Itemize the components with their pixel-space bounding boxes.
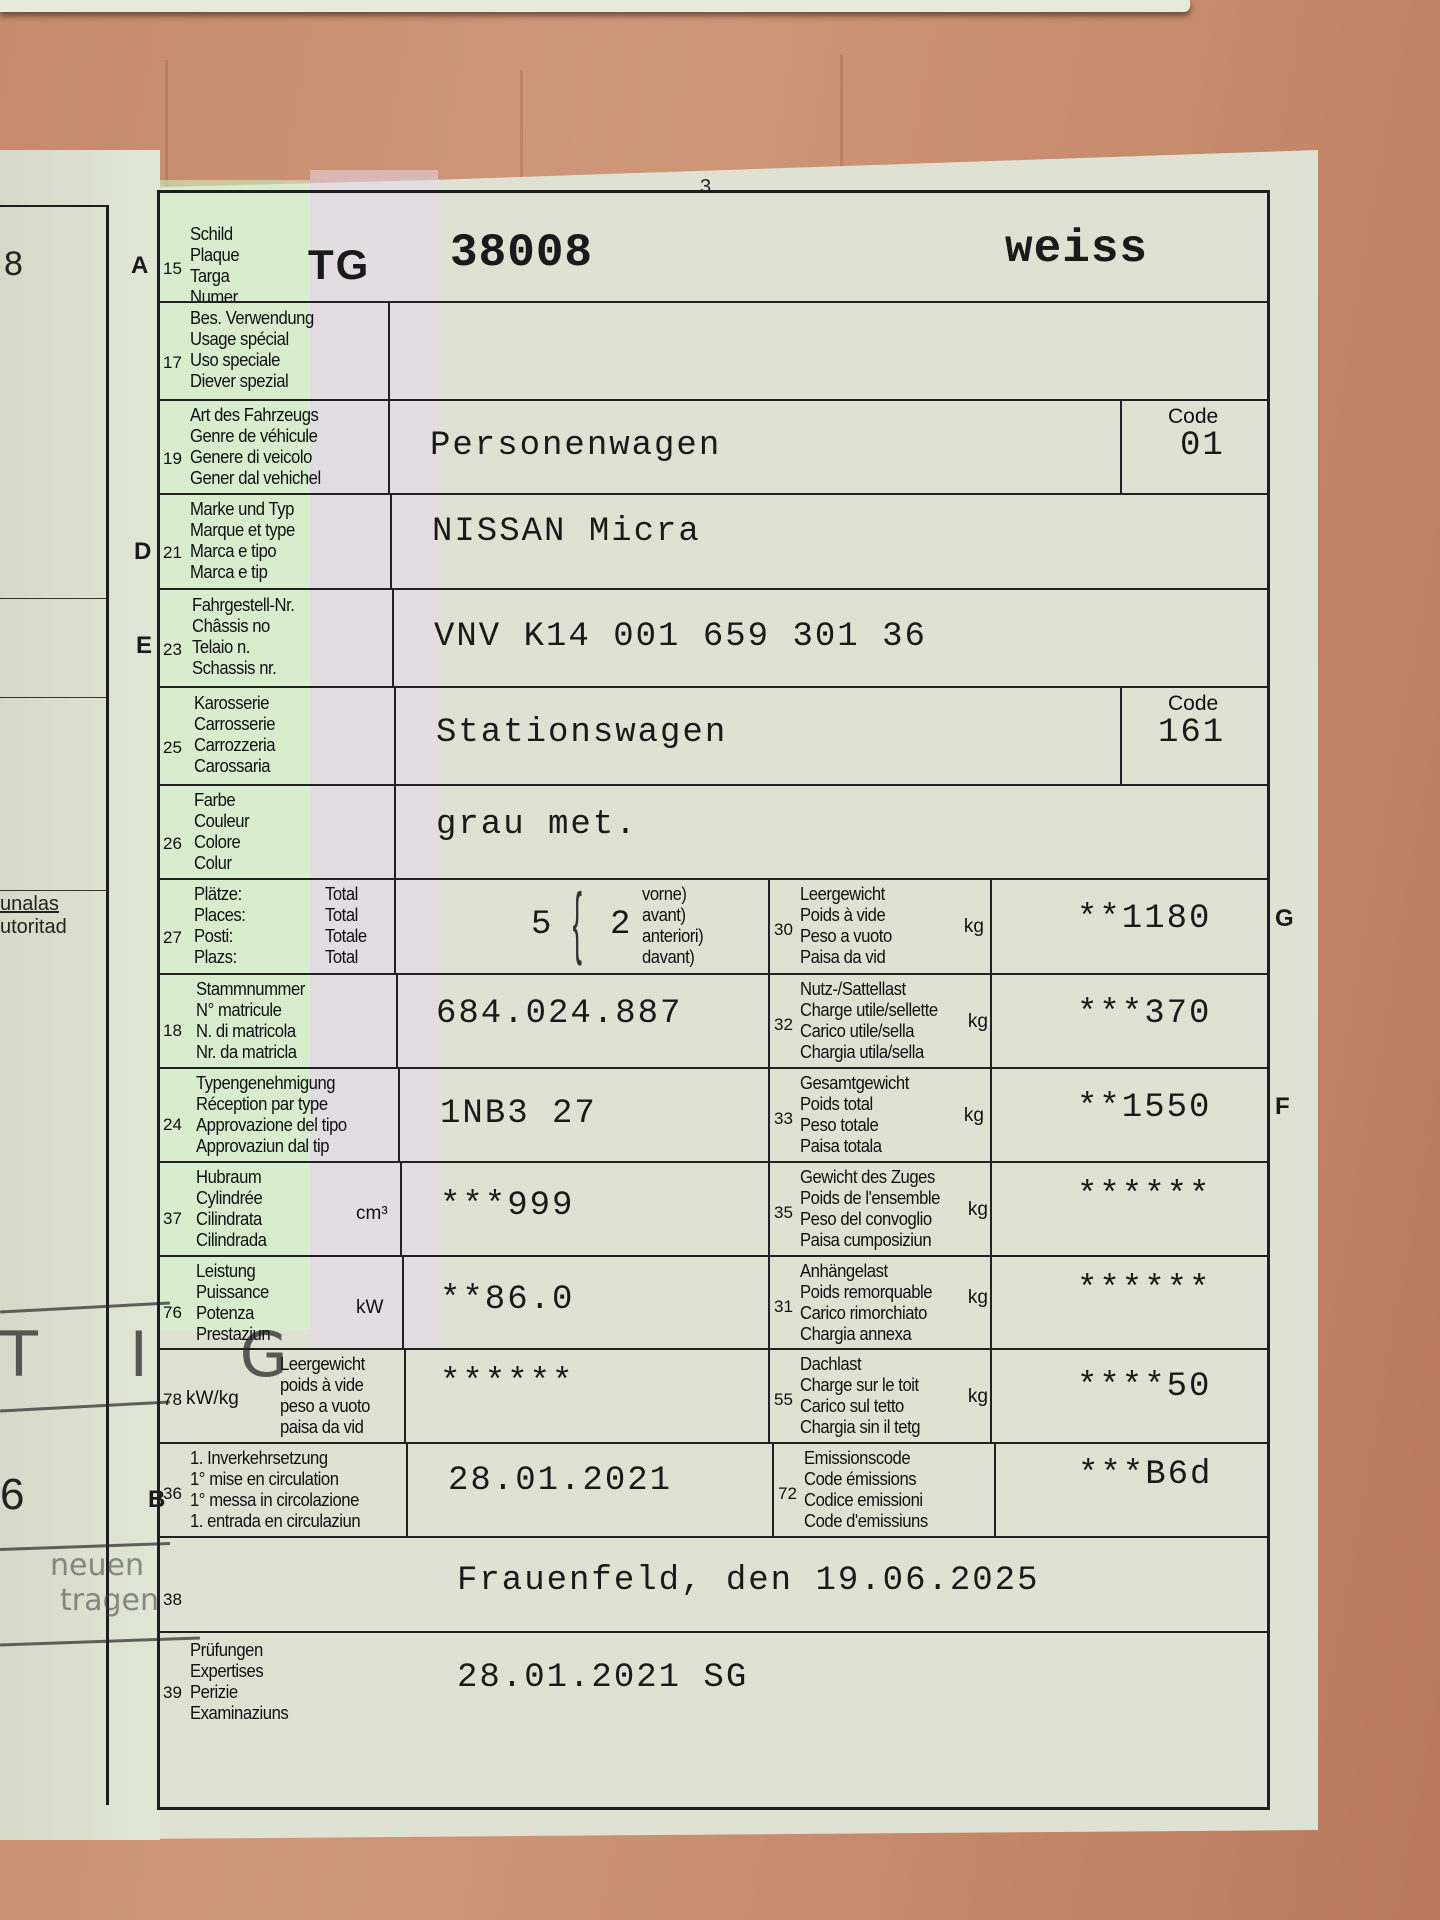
displacement-value: ***999 xyxy=(440,1187,574,1225)
unit-label: kg xyxy=(964,1105,984,1127)
train-weight-label-cell: 35 Gewicht des ZugesPoids de l'ensembleP… xyxy=(768,1163,990,1257)
field-number: 37 xyxy=(163,1209,182,1229)
field-labels: GesamtgewichtPoids totalPeso totalePaisa… xyxy=(800,1072,909,1156)
unit-label: kW/kg xyxy=(186,1388,239,1410)
value-cell: **1550 xyxy=(990,1069,1267,1163)
value-cell: NISSAN Micra xyxy=(390,495,1267,590)
make-model-value: NISSAN Micra xyxy=(432,513,701,551)
field-labels: EmissionscodeCode émissionsCodice emissi… xyxy=(804,1447,928,1531)
field-labels: Bes. VerwendungUsage spécialUso speciale… xyxy=(190,307,314,391)
side-letter-f: F xyxy=(1275,1093,1290,1121)
roof-load-value: ****50 xyxy=(1077,1368,1211,1406)
seats-front: 2 xyxy=(610,906,632,944)
field-make-model: 21 Marke und TypMarque et typeMarca e ti… xyxy=(160,493,1267,590)
field-number: 39 xyxy=(163,1683,182,1703)
vehicle-type-value: Personenwagen xyxy=(430,427,721,465)
master-number-value: 684.024.887 xyxy=(436,995,682,1033)
brace-icon: { xyxy=(573,876,582,968)
total-weight-label-cell: 33 GesamtgewichtPoids totalPeso totalePa… xyxy=(768,1069,990,1163)
payload-label-cell: 32 Nutz-/SattellastCharge utile/sellette… xyxy=(768,975,990,1069)
field-labels: Nutz-/SattellastCharge utile/selletteCar… xyxy=(800,978,938,1062)
value-cell: ***999 xyxy=(400,1163,768,1257)
field-labels: DachlastCharge sur le toitCarico sul tet… xyxy=(800,1353,920,1437)
left-page-text: unalas xyxy=(0,893,59,916)
field-seats-empty-weight: 27 Plätze:Places:Posti:Plazs: TotalTotal… xyxy=(160,878,1267,975)
emission-label-cell: 72 EmissionscodeCode émissionsCodice emi… xyxy=(772,1444,994,1538)
field-labels: FarbeCouleurColoreColur xyxy=(194,789,249,873)
field-number: 18 xyxy=(163,1021,182,1041)
side-letter-g: G xyxy=(1275,905,1294,933)
field-number: 25 xyxy=(163,738,182,758)
left-page-text: 6 xyxy=(0,1470,24,1520)
field-body: 25 KarosserieCarrosserieCarrozzeriaCaros… xyxy=(160,686,1267,786)
stamp-text: tragen xyxy=(60,1583,159,1618)
unit-label: kg xyxy=(964,916,984,938)
value-cell: ****** xyxy=(990,1163,1267,1257)
paper-edge-above xyxy=(0,0,1190,12)
left-page-divider xyxy=(0,890,106,891)
field-type-approval-total-weight: 24 TypengenehmigungRéception par typeApp… xyxy=(160,1067,1267,1163)
power-value: **86.0 xyxy=(440,1281,574,1319)
value-cell: ****** xyxy=(404,1350,768,1444)
roof-load-label-cell: 55 DachlastCharge sur le toitCarico sul … xyxy=(768,1350,990,1444)
inspections-value: 28.01.2021 SG xyxy=(457,1659,748,1697)
unit-label: kg xyxy=(968,1287,988,1309)
left-page-text: utoritad xyxy=(0,916,67,939)
chassis-value: VNV K14 001 659 301 36 xyxy=(434,618,927,656)
trailer-load-value: ****** xyxy=(1077,1271,1211,1309)
field-labels: SchildPlaqueTargaNumer xyxy=(190,223,239,307)
body-code: 161 xyxy=(1158,714,1225,752)
field-labels: Leergewichtpoids à videpeso a vuotopaisa… xyxy=(280,1353,370,1437)
vehicle-type-code: 01 xyxy=(1180,427,1225,465)
field-labels: Marke und TypMarque et typeMarca e tipoM… xyxy=(190,498,295,582)
unit-label: cm³ xyxy=(356,1203,388,1225)
value-cell: 28.01.2021 xyxy=(406,1444,772,1538)
field-number: 33 xyxy=(774,1109,793,1129)
field-labels: KarosserieCarrosserieCarrozzeriaCarossar… xyxy=(194,692,275,776)
field-number: 15 xyxy=(163,259,182,279)
power-weight-value: ****** xyxy=(440,1364,574,1402)
value-cell: **1180 xyxy=(990,880,1267,975)
field-labels: AnhängelastPoids remorquableCarico rimor… xyxy=(800,1260,932,1344)
left-page-text: 8 xyxy=(4,245,23,284)
field-place-date: 38 Frauenfeld, den 19.06.2025 xyxy=(160,1536,1267,1633)
trailer-load-label-cell: 31 AnhängelastPoids remorquableCarico ri… xyxy=(768,1257,990,1350)
field-color: 26 FarbeCouleurColoreColur grau met. xyxy=(160,784,1267,880)
field-number: 72 xyxy=(778,1484,797,1504)
field-special-use: 17 Bes. VerwendungUsage spécialUso speci… xyxy=(160,301,1267,401)
value-cell: VNV K14 001 659 301 36 xyxy=(392,590,1267,688)
emission-code-value: ***B6d xyxy=(1078,1456,1212,1494)
special-use-value xyxy=(388,303,1267,401)
field-labels: PrüfungenExpertisesPerizieExaminaziuns xyxy=(190,1639,288,1723)
field-power-trailer-load: 76 LeistungPuissancePotenzaPrestaziun kW… xyxy=(160,1255,1267,1350)
field-number: 26 xyxy=(163,834,182,854)
field-number: 76 xyxy=(163,1303,182,1323)
field-number: 38 xyxy=(163,1590,182,1610)
train-weight-value: ****** xyxy=(1077,1177,1211,1215)
total-weight-value: **1550 xyxy=(1077,1089,1211,1127)
color-value: grau met. xyxy=(436,806,638,844)
field-displacement-train-weight: 37 HubraumCylindréeCilindrataCilindrada … xyxy=(160,1161,1267,1257)
field-number: 17 xyxy=(163,353,182,373)
field-labels: StammnummerN° matriculeN. di matricolaNr… xyxy=(196,978,305,1062)
unit-label: kg xyxy=(968,1386,988,1408)
field-master-number-payload: 18 StammnummerN° matriculeN. di matricol… xyxy=(160,973,1267,1069)
type-approval-value: 1NB3 27 xyxy=(440,1095,597,1133)
code-cell: Code 161 xyxy=(1120,688,1267,786)
field-vehicle-type: 19 Art des FahrzeugsGenre de véhiculeGen… xyxy=(160,399,1267,495)
field-number: 78 xyxy=(163,1390,182,1410)
field-labels: LeistungPuissancePotenzaPrestaziun xyxy=(196,1260,270,1344)
plate-number: 38008 xyxy=(450,227,593,279)
empty-weight-value: **1180 xyxy=(1077,900,1211,938)
field-number: 36 xyxy=(163,1484,182,1504)
seats-cell: 5 { 2 vorne)avant)anteriori)davant) xyxy=(394,880,768,975)
field-number: 19 xyxy=(163,449,182,469)
body-value: Stationswagen xyxy=(436,714,727,752)
unit-label: kW xyxy=(356,1297,383,1319)
code-label: Code xyxy=(1168,405,1218,429)
unit-label: kg xyxy=(968,1011,988,1033)
field-number: 35 xyxy=(774,1203,793,1223)
code-cell: Code 01 xyxy=(1120,401,1267,495)
empty-weight-label-cell: 30 LeergewichtPoids à videPeso a vuotoPa… xyxy=(768,880,990,975)
value-cell: **86.0 xyxy=(402,1257,768,1350)
field-labels: Plätze:Places:Posti:Plazs: xyxy=(194,883,245,967)
side-letter-e: E xyxy=(136,632,152,660)
field-power-weight-roof-load: 78 kW/kg Leergewichtpoids à videpeso a v… xyxy=(160,1348,1267,1444)
field-plate: 15 SchildPlaqueTargaNumer TG 38008 weiss xyxy=(160,193,1267,301)
side-letter-a: A xyxy=(131,252,148,280)
field-labels: LeergewichtPoids à videPeso a vuotoPaisa… xyxy=(800,883,892,967)
left-page-divider xyxy=(0,598,106,599)
vehicle-registration-form: 15 SchildPlaqueTargaNumer TG 38008 weiss… xyxy=(157,190,1270,1810)
field-number: 30 xyxy=(774,920,793,940)
value-cell: 1NB3 27 xyxy=(398,1069,768,1163)
field-labels: 1. Inverkehrsetzung1° mise en circulatio… xyxy=(190,1447,360,1531)
field-first-registration-emission: 36 1. Inverkehrsetzung1° mise en circula… xyxy=(160,1442,1267,1538)
left-page-divider xyxy=(0,697,106,698)
code-label: Code xyxy=(1168,692,1218,716)
plate-color: weiss xyxy=(1005,223,1148,275)
field-number: 31 xyxy=(774,1297,793,1317)
field-inspections: 39 PrüfungenExpertisesPerizieExaminaziun… xyxy=(160,1631,1267,1809)
side-letter-d: D xyxy=(134,538,151,566)
field-number: 27 xyxy=(163,928,182,948)
unit-label: kg xyxy=(968,1199,988,1221)
field-number: 55 xyxy=(774,1390,793,1410)
field-labels: Fahrgestell-Nr.Châssis noTelaio n.Schass… xyxy=(192,594,294,678)
field-labels: Gewicht des ZugesPoids de l'ensemblePeso… xyxy=(800,1166,940,1250)
field-number: 21 xyxy=(163,543,182,563)
field-number: 23 xyxy=(163,640,182,660)
first-registration-value: 28.01.2021 xyxy=(448,1462,672,1500)
value-cell: ***B6d xyxy=(994,1444,1267,1538)
total-labels: TotalTotalTotaleTotal xyxy=(325,883,367,967)
value-cell: ****50 xyxy=(990,1350,1267,1444)
value-cell: 684.024.887 xyxy=(396,975,768,1069)
place-date-value: Frauenfeld, den 19.06.2025 xyxy=(457,1562,1040,1600)
value-cell: ****** xyxy=(990,1257,1267,1350)
field-labels: HubraumCylindréeCilindrataCilindrada xyxy=(196,1166,266,1250)
value-cell: ***370 xyxy=(990,975,1267,1069)
field-labels: Art des FahrzeugsGenre de véhiculeGenere… xyxy=(190,404,321,488)
field-number: 24 xyxy=(163,1115,182,1135)
field-number: 32 xyxy=(774,1015,793,1035)
payload-value: ***370 xyxy=(1077,995,1211,1033)
field-labels: TypengenehmigungRéception par typeApprov… xyxy=(196,1072,347,1156)
stamp-text: neuen xyxy=(50,1548,144,1583)
front-labels: vorne)avant)anteriori)davant) xyxy=(642,883,703,967)
field-chassis: 23 Fahrgestell-Nr.Châssis noTelaio n.Sch… xyxy=(160,588,1267,688)
seats-total: 5 xyxy=(531,906,553,944)
plate-canton: TG xyxy=(308,241,370,289)
value-cell: grau met. xyxy=(394,786,1267,880)
left-page-border xyxy=(0,205,108,207)
